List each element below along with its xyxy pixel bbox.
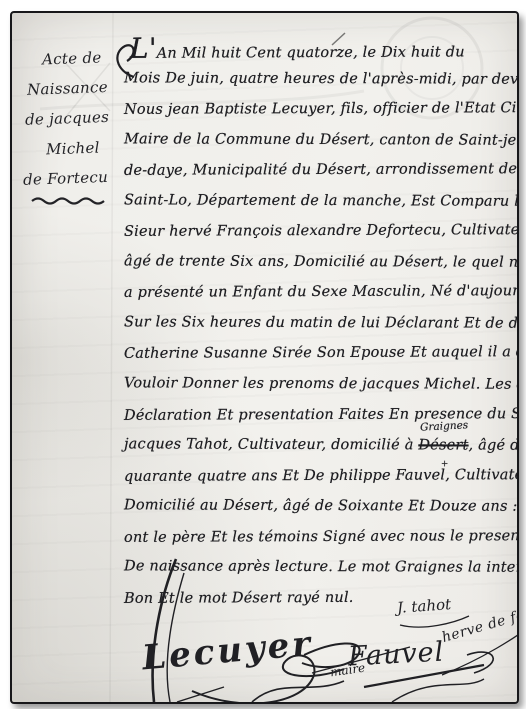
margin-note-line: de jacques — [25, 101, 129, 135]
interline-insertion: Graignes — [420, 410, 470, 443]
scanned-document-page: { "colors": { "paper": "#f0efeb", "ink":… — [0, 0, 526, 709]
body-line: Sieur hervé François alexandre Defortecu… — [124, 215, 512, 247]
margin-note-line: de Fortecu — [23, 161, 129, 195]
body-line: a présenté un Enfant du Sexe Masculin, N… — [124, 277, 512, 309]
body-line: Maire de la Commune du Désert, canton de… — [124, 124, 512, 156]
body-line: de-daye, Municipalité du Désert, arrondi… — [124, 154, 512, 186]
body-line: Catherine Susanne Sirée Son Epouse Et au… — [124, 338, 512, 370]
insertion-line-post: , âgé de — [469, 438, 519, 454]
signature-lecuyer: Lecuyer — [141, 624, 315, 679]
signature-fauvel: Fauvel — [347, 637, 445, 673]
cutoff-signature-stroke — [177, 687, 224, 702]
margin-note-line: Naissance — [27, 71, 129, 105]
body-line: ont le père Et les témoins Signé avec no… — [124, 521, 512, 553]
squiggle-underline-icon — [32, 199, 104, 204]
body-line: Bon Et le mot Désert rayé nul. — [124, 582, 512, 614]
body-line: Sur les Six heures du matin de lui Décla… — [124, 307, 512, 339]
body-line-with-insertion: jacques Tahot, Cultivateur, domicilié à … — [124, 429, 512, 461]
margin-note-line: Michel — [46, 132, 129, 165]
insertion-line-pre: jacques Tahot, Cultivateur, domicilié à — [124, 436, 418, 453]
signature-flourish-fauvel — [467, 652, 493, 673]
struck-word-wrapper: DésertGraignes+ — [418, 437, 468, 453]
body-line: Domicilié au Désert, âgé de Soixante Et … — [124, 491, 512, 523]
body-line: âgé de trente Six ans, Domicilié au Dése… — [124, 246, 512, 278]
cutoff-signature-stroke — [392, 679, 484, 702]
document-paper: Acte de Naissance de jacques Michel de F… — [10, 11, 519, 704]
body-line: Nous jean Baptiste Lecuyer, fils, offici… — [124, 93, 512, 125]
signature-tahot: J. tahot — [396, 595, 451, 617]
margin-annotation: Acte de Naissance de jacques Michel de F… — [22, 43, 128, 193]
body-line: Saint-Lo, Département de la manche, Est … — [124, 185, 512, 217]
body-line: De naissance après lecture. Le mot Graig… — [124, 552, 512, 584]
margin-note-line: Acte de — [42, 42, 129, 75]
body-line: quarante quatre ans Et De philippe Fauve… — [124, 460, 512, 492]
cutoff-signature-stroke — [252, 681, 344, 702]
act-body-text: L'An Mil huit Cent quatorze, le Dix huit… — [124, 33, 512, 613]
body-line: Vouloir Donner les prenoms de jacques Mi… — [124, 368, 512, 400]
body-line: Mois De juin, quatre heures de l'après-m… — [124, 63, 512, 95]
body-line: L'An Mil huit Cent quatorze, le Dix huit… — [124, 32, 512, 64]
